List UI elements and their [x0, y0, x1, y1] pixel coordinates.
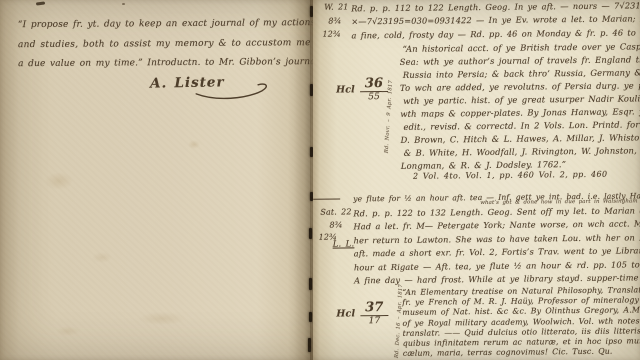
shelfmark-numerator: 37: [360, 301, 389, 316]
entry1-citation: “An historical acct. of ye British trade…: [400, 40, 640, 173]
shelfmark-denominator: 17: [360, 316, 389, 326]
entry2-date: Sat. 22: [320, 207, 351, 216]
entry1-shelfmark: Hcl 36 55: [336, 77, 388, 103]
entry2-time1: 8¾: [329, 220, 342, 229]
entry1-date: W. 21: [324, 2, 348, 11]
citation-line: & B. White, H. Woodfall, J. Rivington, W…: [404, 144, 640, 160]
paper-stain: [92, 252, 112, 263]
left-page: “I propose fr. yt. day to keep an exact …: [0, 0, 313, 360]
shelfmark-label: Hcl: [336, 308, 355, 319]
shelfmark-numerator: 36: [360, 77, 389, 92]
stitch-thread: [308, 338, 311, 352]
paper-stain: [56, 326, 80, 336]
signature-block: A. Lister: [150, 71, 225, 91]
ink-mark: [36, 1, 45, 5]
margin-divider: [313, 198, 340, 199]
entry1-volume-ref: 2 Vol. 4to. Vol. 1, pp. 460 Vol. 2, pp. …: [413, 170, 608, 181]
shelfmark-denominator: 55: [360, 92, 389, 102]
right-page: W. 21 8¾ 12¾ Rd. p. p. 112 to 122 Length…: [313, 0, 640, 360]
entry1-time1: 8¾: [328, 16, 341, 25]
paper-stain: [45, 172, 73, 190]
stitch-thread: [309, 312, 312, 322]
entry1-lines: Rd. p. p. 112 to 122 Length. Geog. In ye…: [351, 0, 640, 43]
entry2-shelfmark: Hcl 37 17: [336, 301, 388, 327]
signature-flourish: [194, 79, 278, 102]
entry2-lines: Rd. p. p. 122 to 132 Length. Geog. Sent …: [353, 203, 640, 287]
shelfmark-fraction: 37 17: [360, 301, 389, 326]
entry2-initials: L. L.: [333, 239, 355, 249]
manuscript-photo: “I propose fr. yt. day to keep an exact …: [0, 0, 640, 360]
gutter-shadow-left: [288, 0, 311, 360]
entry2-citation: “An Elementary treatise on Natural Philo…: [402, 285, 640, 359]
stitch-thread: [309, 228, 312, 239]
shelfmark-fraction: 36 55: [360, 77, 389, 102]
paper-stain: [188, 140, 200, 149]
paper-stain: [138, 312, 186, 325]
citation-line: cælum, maria, terras cognovimus! Cic. Tu…: [403, 346, 640, 359]
ink-dot: [122, 3, 125, 5]
entry1-time2: 12¾: [322, 29, 340, 38]
stitch-thread: [309, 278, 312, 290]
shelfmark-label: Hcl: [336, 84, 355, 95]
